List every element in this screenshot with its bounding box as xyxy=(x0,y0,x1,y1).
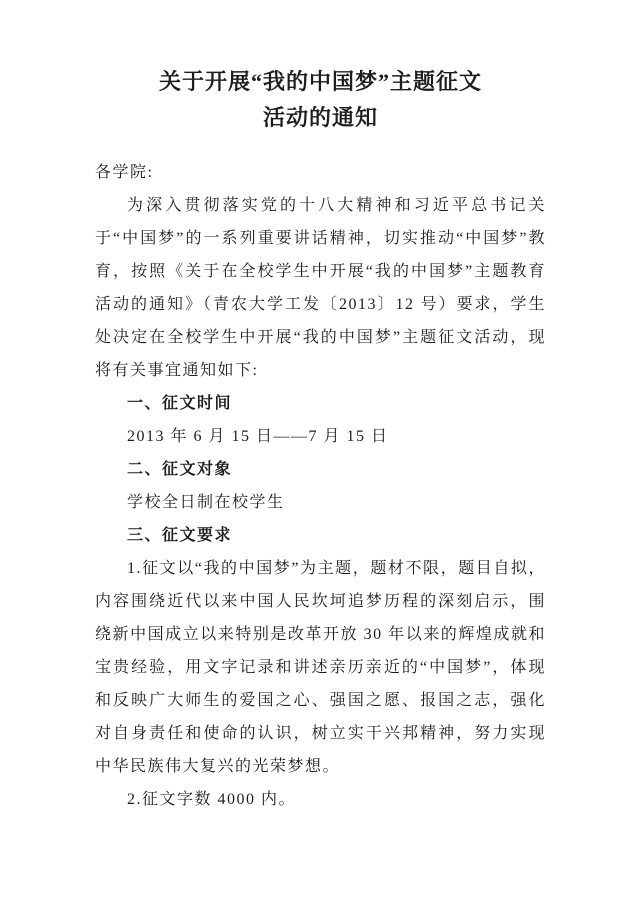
section-3-item-1: 1.征文以“我的中国梦”为主题，题材不限，题目自拟，内容围绕近代以来中国人民坎坷… xyxy=(95,552,546,783)
section-2-body: 学校全日制在校学生 xyxy=(95,486,546,519)
section-3-item-2: 2.征文字数 4000 内。 xyxy=(95,783,546,816)
document-page: 关于开展“我的中国梦”主题征文 活动的通知 各学院: 为深入贯彻落实党的十八大精… xyxy=(0,0,640,905)
document-title-line-2: 活动的通知 xyxy=(95,100,546,136)
document-title-line-1: 关于开展“我的中国梦”主题征文 xyxy=(95,64,546,100)
intro-paragraph: 为深入贯彻落实党的十八大精神和习近平总书记关于“中国梦”的一系列重要讲话精神，切… xyxy=(95,189,546,387)
section-1-body: 2013 年 6 月 15 日——7 月 15 日 xyxy=(95,420,546,453)
section-3-heading: 三、征文要求 xyxy=(95,519,546,552)
document-title: 关于开展“我的中国梦”主题征文 活动的通知 xyxy=(95,64,546,136)
section-2-heading: 二、征文对象 xyxy=(95,453,546,486)
document-body: 各学院: 为深入贯彻落实党的十八大精神和习近平总书记关于“中国梦”的一系列重要讲… xyxy=(95,156,546,816)
salutation: 各学院: xyxy=(95,156,546,189)
section-1-heading: 一、征文时间 xyxy=(95,387,546,420)
